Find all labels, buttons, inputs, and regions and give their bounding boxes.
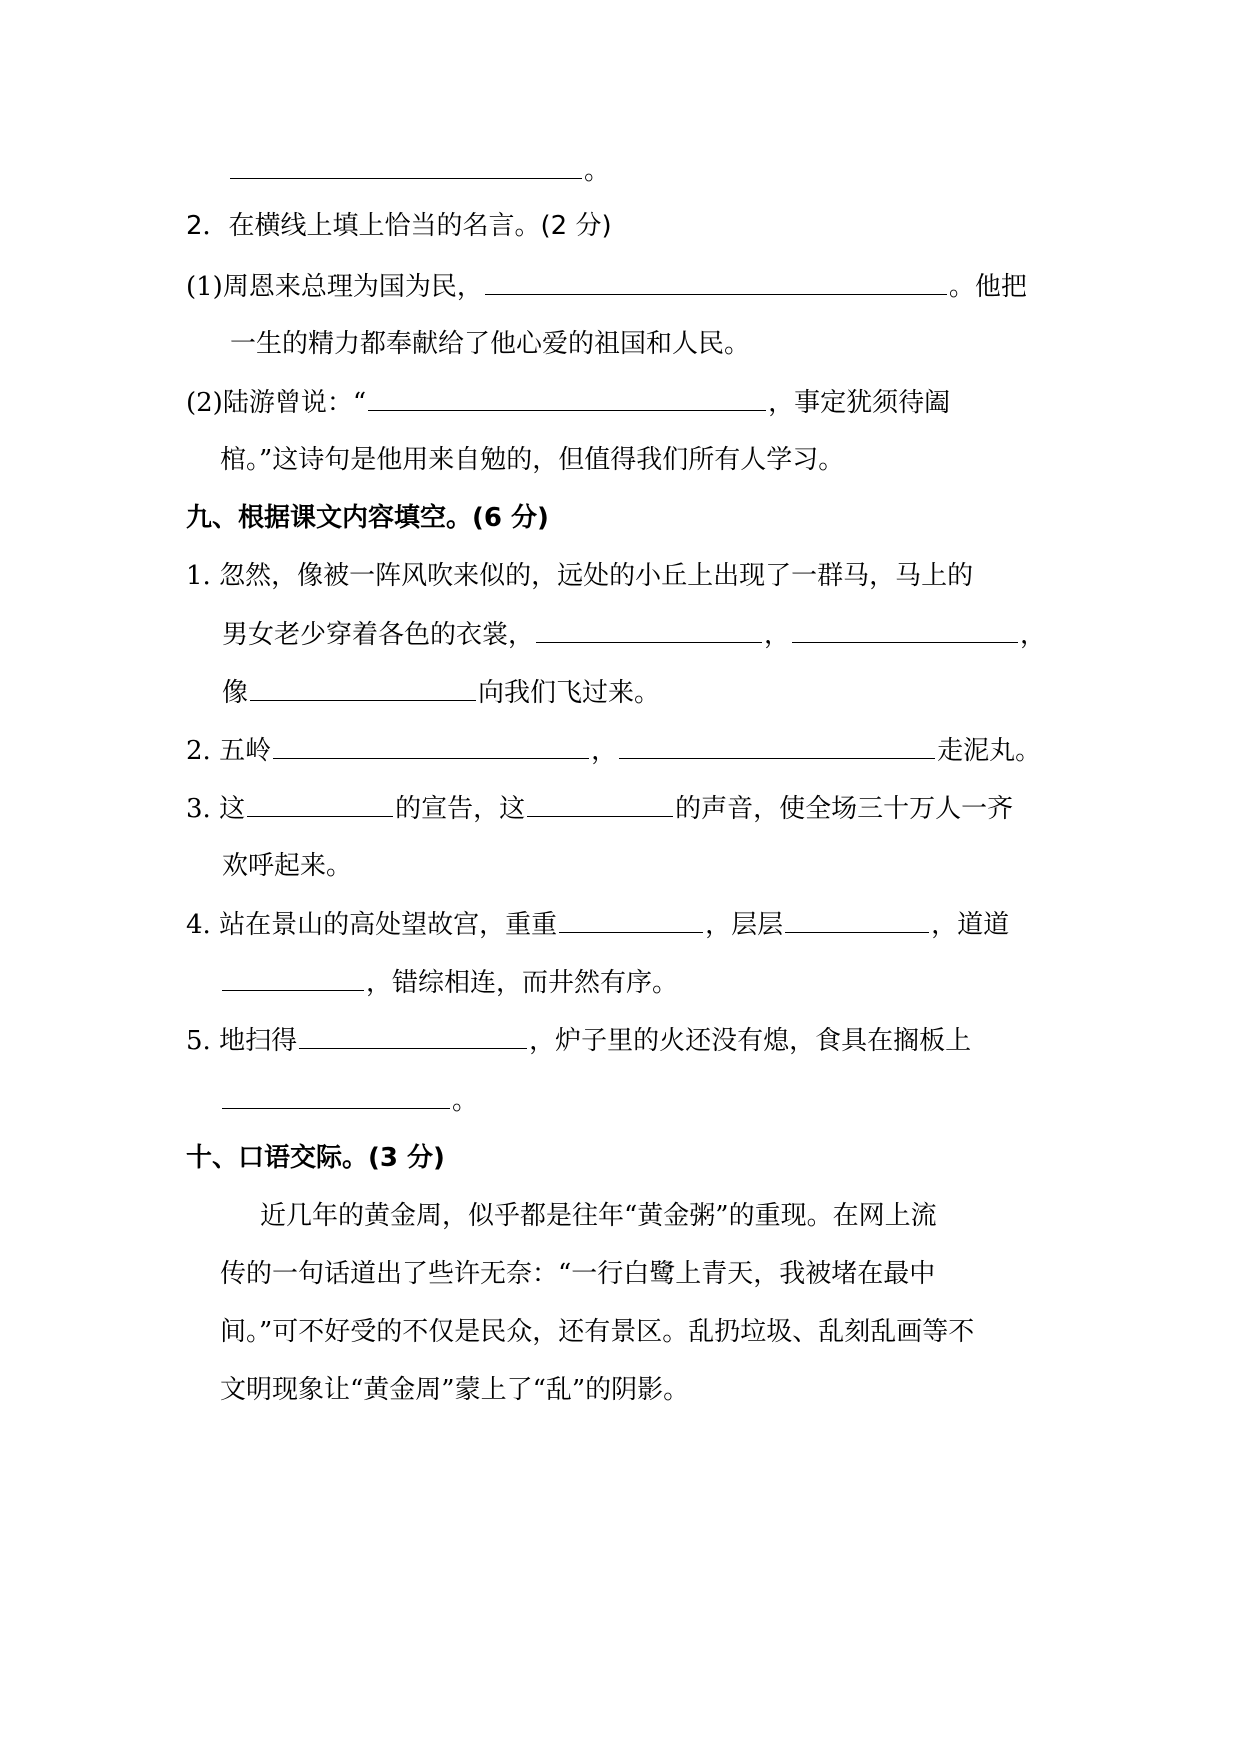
s9-q3-mid: 的宣告，这 <box>395 794 525 824</box>
punctuation: ， <box>591 736 617 766</box>
question-8-2-title: 2．在横线上填上恰当的名言。(2 分) <box>186 206 612 246</box>
answer-blank[interactable] <box>485 266 947 295</box>
s10-paragraph-line-2: 传的一句话道出了些许无奈：“一行白鹭上青天，我被堵在最中 <box>220 1254 935 1294</box>
s9-q2-line: 2. 五岭，走泥丸。 <box>186 730 1041 770</box>
q8-2-item2-prefix: (2)陆游曾说：“ <box>186 388 366 418</box>
answer-blank[interactable] <box>792 614 1018 643</box>
answer-blank[interactable] <box>368 382 766 411</box>
s9-q5-continuation-line: 。 <box>220 1080 478 1120</box>
section-9-heading: 九、根据课文内容填空。(6 分) <box>186 498 549 538</box>
s9-q1-line3-suffix: 向我们飞过来。 <box>478 678 660 708</box>
answer-blank[interactable] <box>230 150 582 179</box>
s9-q1-line2-prefix: 男女老少穿着各色的衣裳， <box>222 620 534 650</box>
s9-q2-suffix: 走泥丸。 <box>937 736 1041 766</box>
answer-blank[interactable] <box>222 962 364 991</box>
q8-2-item2-line: (2)陆游曾说：“，事定犹须待阖 <box>186 382 950 422</box>
q8-2-item2-continuation: 棺。”这诗句是他用来自勉的，但值得我们所有人学习。 <box>220 440 844 480</box>
top-fragment-line: 。 <box>228 150 610 190</box>
punctuation: ， <box>1020 620 1046 650</box>
punctuation: ， <box>764 620 790 650</box>
answer-blank[interactable] <box>619 730 935 759</box>
q8-2-item1-line: (1)周恩来总理为国为民，。他把 <box>186 266 1027 306</box>
s9-q5-line: 5. 地扫得，炉子里的火还没有熄，食具在搁板上 <box>186 1020 971 1060</box>
s9-q5-suffix: ，炉子里的火还没有熄，食具在搁板上 <box>529 1026 971 1056</box>
s9-q1-line1: 1. 忽然，像被一阵风吹来似的，远处的小丘上出现了一群马，马上的 <box>186 556 973 596</box>
answer-blank[interactable] <box>222 1080 450 1109</box>
s9-q4-line: 4. 站在景山的高处望故宫，重重，层层，道道 <box>186 904 1009 944</box>
s9-q4-continuation-line: ，错综相连，而井然有序。 <box>220 962 678 1002</box>
s10-paragraph-line-1: 近几年的黄金周，似乎都是往年“黄金粥”的重现。在网上流 <box>260 1196 937 1236</box>
s9-q4-mid: ，层层 <box>705 910 783 940</box>
answer-blank[interactable] <box>273 730 589 759</box>
s9-q3-continuation: 欢呼起来。 <box>222 846 352 886</box>
s9-q3-line: 3. 这的宣告，这的声音，使全场三十万人一齐 <box>186 788 1013 828</box>
s9-q5-prefix: 5. 地扫得 <box>186 1026 297 1056</box>
s9-q1-line2: 男女老少穿着各色的衣裳，，， <box>222 614 1046 654</box>
punctuation: 。 <box>452 1086 478 1116</box>
s9-q2-prefix: 2. 五岭 <box>186 736 271 766</box>
answer-blank[interactable] <box>559 904 703 933</box>
s9-q4-suffix: ，道道 <box>931 910 1009 940</box>
answer-blank[interactable] <box>527 788 673 817</box>
answer-blank[interactable] <box>299 1020 527 1049</box>
s9-q1-line3-prefix: 像 <box>222 678 248 708</box>
s9-q3-suffix: 的声音，使全场三十万人一齐 <box>675 794 1013 824</box>
section-10-heading: 十、口语交际。(3 分) <box>186 1138 445 1178</box>
answer-blank[interactable] <box>536 614 762 643</box>
q8-2-item1-prefix: (1)周恩来总理为国为民， <box>186 272 483 302</box>
s10-paragraph-line-3: 间。”可不好受的不仅是民众，还有景区。乱扔垃圾、乱刻乱画等不 <box>220 1312 974 1352</box>
s10-paragraph-line-4: 文明现象让“黄金周”蒙上了“乱”的阴影。 <box>220 1370 689 1410</box>
s9-q4-continuation: ，错综相连，而井然有序。 <box>366 968 678 998</box>
s9-q1-line3: 像向我们飞过来。 <box>222 672 660 712</box>
q8-2-item2-suffix: ，事定犹须待阖 <box>768 388 950 418</box>
answer-blank[interactable] <box>785 904 929 933</box>
s9-q3-prefix: 3. 这 <box>186 794 245 824</box>
punctuation: 。 <box>584 156 610 186</box>
q8-2-item1-suffix: 。他把 <box>949 272 1027 302</box>
s9-q4-prefix: 4. 站在景山的高处望故宫，重重 <box>186 910 557 940</box>
answer-blank[interactable] <box>247 788 393 817</box>
q8-2-item1-continuation: 一生的精力都奉献给了他心爱的祖国和人民。 <box>230 324 750 364</box>
answer-blank[interactable] <box>250 672 476 701</box>
